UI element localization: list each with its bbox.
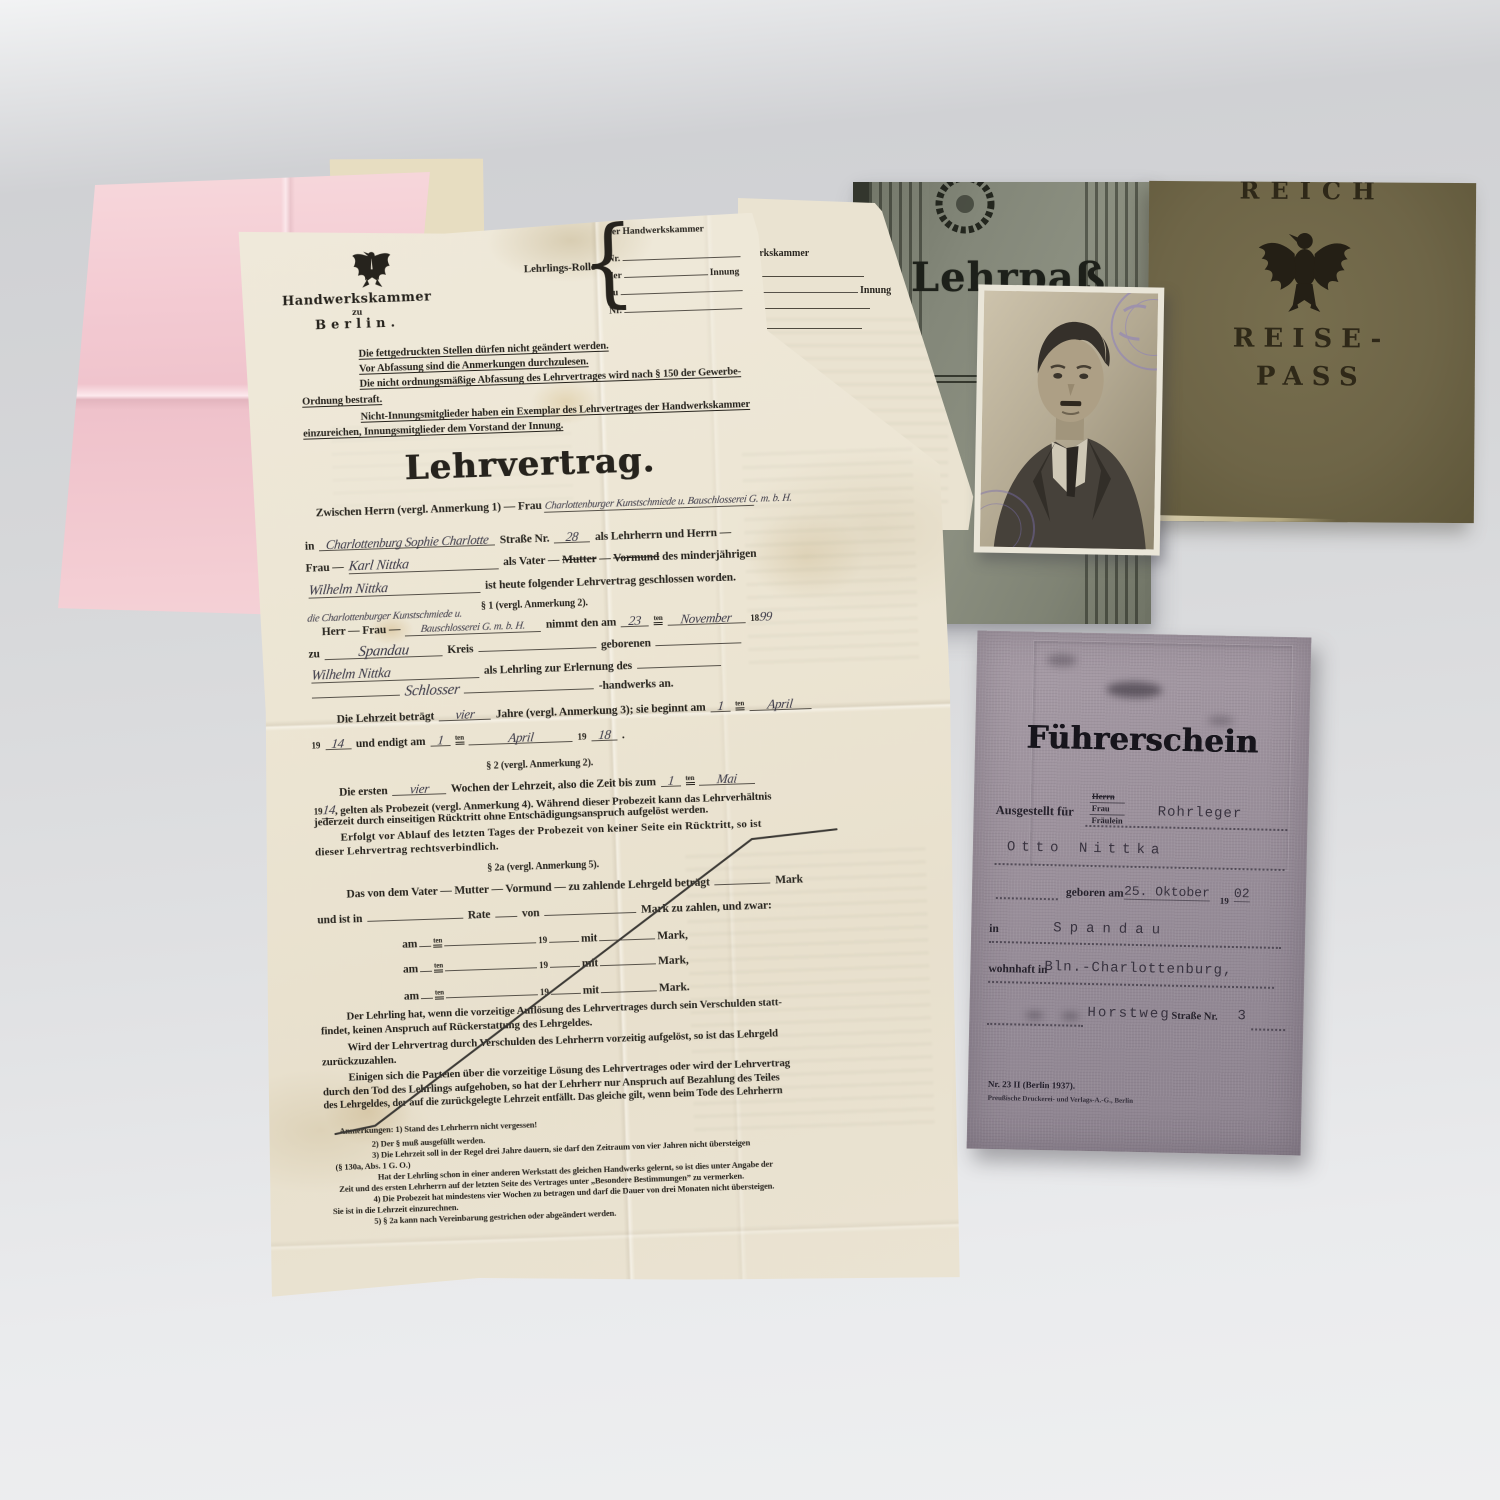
imperial-eagle-icon [351, 247, 393, 295]
portrait-photo-image [980, 291, 1158, 550]
handwritten-day: 1 [667, 773, 675, 789]
blank-line: November [667, 609, 745, 626]
blank-line: Bauschlosserei G. m. b. H. [405, 619, 541, 637]
street-label: Straße Nr. [1171, 1011, 1218, 1023]
blank-line: April [469, 728, 573, 745]
handwritten-day: 1 [716, 698, 724, 714]
blank-line [624, 298, 742, 313]
year-prefix: 19 [1220, 896, 1229, 906]
typed-birthplace: Spandau [1053, 920, 1168, 938]
fuehrerschein-title: Führerschein [975, 719, 1310, 762]
struck-word: Mutter [562, 553, 597, 566]
blank-line [622, 246, 740, 261]
blank-line [620, 280, 742, 295]
blank-line [367, 908, 463, 922]
handwritten-year: 18 [597, 727, 611, 743]
dotted-line [988, 981, 1274, 989]
contract-line: und ist in Rate von Mark zu zahlen, und … [317, 897, 772, 926]
form-number: Nr. 23 II (Berlin 1937). [988, 1079, 1075, 1091]
reich-eagle-icon [1254, 212, 1355, 326]
born-label: geboren am [1066, 886, 1124, 899]
reisepass-page-edges [1147, 511, 1337, 522]
typed-street-no: 3 [1237, 1008, 1246, 1024]
printer-imprint: Preußische Druckerei- und Verlags-A.-G.,… [988, 1094, 1134, 1105]
installment-row: amten19mitMark, [403, 952, 689, 975]
typed-street: Horstweg [1087, 1005, 1171, 1023]
reisepass-title-line1: REISE- [1148, 323, 1475, 355]
notice: Ordnung bestraft. [302, 394, 382, 408]
handwritten-firm2: Bauschlosserei G. m. b. H. [420, 620, 526, 635]
blank-line: 23 [621, 612, 649, 627]
handwritten-street-no: 28 [565, 529, 579, 545]
blank-line [464, 678, 594, 693]
form-fragment: Innung [742, 282, 891, 296]
handwritten-month: November [680, 610, 733, 628]
salutation-frau: Frau [1090, 803, 1125, 816]
wreath-emblem [927, 182, 1003, 247]
contract-paragraph: zurückzuzahlen. [322, 1054, 397, 1068]
struck-word: Vormund [613, 551, 660, 565]
installment-row: amten19mitMark, [402, 927, 688, 950]
contract-line: 19 14 und endigt am 1 ten April 19 18 . [311, 726, 625, 751]
blank-line: Wilhelm Nittka [311, 663, 479, 684]
blank-line [637, 655, 721, 669]
fold-crease [268, 1218, 968, 1251]
ink-smudge [1047, 654, 1077, 667]
blank-line [544, 902, 636, 916]
fuehrerschein-booklet: Führerschein Ausgestellt für Herrn Frau … [967, 631, 1312, 1156]
handwritten-month: Mai [716, 770, 738, 787]
rolle-box-row: Nr. [607, 246, 742, 264]
in-label: in [989, 923, 999, 935]
blank-line [551, 983, 581, 995]
issuer-block: Handwerkskammer zu Berlin. [277, 289, 438, 334]
handwritten-month: April [766, 696, 793, 713]
blank-line: 1 [660, 772, 680, 787]
blank-line [444, 932, 536, 946]
reisepass-booklet: REICH REISE- PASS [1147, 181, 1476, 523]
handwritten-birthplace: Spandau [357, 642, 409, 661]
ink-smudge [1025, 1012, 1043, 1019]
blank-line [714, 872, 770, 885]
blank-line: 1 [710, 698, 730, 713]
blank-line: Charlottenburg Sophie Charlotte [319, 531, 495, 551]
dotted-line [996, 897, 1058, 900]
handwritten-trade: Schlosser [404, 682, 461, 701]
blank-line: Spandau [324, 641, 442, 660]
notice: einzureichen, Innungsmitglieder dem Vors… [303, 420, 563, 440]
blank-line [655, 632, 741, 646]
issued-for-label: Ausgestellt für [996, 803, 1074, 820]
bleedthrough-texture [742, 448, 919, 674]
blank-line: vier [392, 780, 446, 796]
handwritten-firm: Charlottenburger Kunstschmiede u. Bausch… [544, 494, 755, 513]
typed-residence: Bln.-Charlottenburg, [1044, 959, 1232, 979]
handwritten-year: 14 [331, 736, 345, 752]
ordinal-suffix: ten [455, 734, 464, 745]
blank-line [549, 931, 579, 943]
blank-line [446, 984, 538, 998]
blank-line: Karl Nittka [348, 554, 498, 574]
handwritten-place: Charlottenburg Sophie Charlotte [325, 532, 489, 553]
ordinal-suffix: ten [434, 961, 443, 972]
dotted-line [989, 941, 1281, 949]
blank-line: Wilhelm Nittka [308, 578, 480, 599]
installment-row: amten19mitMark. [404, 979, 690, 1002]
blank-line [421, 988, 433, 999]
rolle-box-header: der Handwerkskammer [606, 224, 703, 237]
blank-line: 1 [430, 732, 450, 747]
blank-line: 18 [591, 726, 617, 741]
dotted-line [987, 1023, 1083, 1027]
typed-occupation: Rohrleger [1158, 804, 1243, 822]
handwritten-duration: vier [455, 706, 476, 723]
typed-birthdate: 25. Oktober [1124, 884, 1210, 902]
ordinal-suffix: ten [653, 614, 662, 625]
blank-line [419, 936, 431, 947]
ink-smudge [1061, 1012, 1079, 1019]
stain [744, 509, 867, 603]
handwritten-apprentice2: Wilhelm Nittka [310, 666, 391, 685]
blank-line: Mai [699, 770, 755, 786]
blank-line [599, 928, 655, 941]
dotted-line [1251, 1028, 1285, 1031]
blank-line [495, 906, 517, 918]
handwritten-apprentice: Wilhelm Nittka [308, 581, 389, 600]
reisepass-reich-label: REICH [1149, 181, 1476, 206]
handwritten-father: Karl Nittka [348, 557, 410, 575]
blank-line [550, 956, 580, 968]
blank-line [601, 980, 657, 993]
blank-line [312, 685, 400, 699]
footnote: Anmerkungen: 1) Stand des Lehrherrn nich… [339, 1119, 537, 1136]
blank-line: 28 [554, 528, 590, 543]
typed-name: Otto Nittka [1007, 839, 1166, 858]
salutation-stack: Herrn Frau Fräulein [1089, 791, 1125, 827]
ordinal-suffix: ten [433, 936, 442, 947]
blank-line [445, 957, 537, 971]
ordinal-suffix: ten [435, 988, 444, 999]
reisepass-title-line2: PASS [1148, 361, 1475, 393]
rolle-box-row: derInnung [608, 263, 740, 281]
residence-label: wohnhaft in [988, 963, 1047, 976]
contract-line: Zwischen Herrn (vergl. Anmerkung 1) — Fr… [316, 493, 755, 521]
notice: Nicht-Innungsmitglieder haben ein Exempl… [360, 399, 750, 423]
document-title: Lehrvertrag. [302, 437, 758, 492]
blank-line: April [749, 695, 811, 711]
salutation-herrn: Herrn [1090, 791, 1125, 804]
ordinal-suffix: ten [735, 699, 744, 710]
blank-line [478, 637, 596, 652]
scene: Lehrpaß REICH REISE- PASS dwerkskammer I… [0, 0, 1500, 1500]
handwritten-day: 23 [628, 613, 642, 629]
handwritten-day: 1 [436, 732, 444, 748]
typed-birthyear: 02 [1234, 886, 1250, 902]
blank-line [420, 961, 432, 972]
stain [530, 378, 601, 426]
ordinal-suffix: ten [685, 774, 694, 785]
blank-line [624, 264, 708, 278]
blank-line: vier [439, 706, 491, 722]
handwritten-weeks: vier [409, 781, 430, 798]
handwritten-year: 99 [758, 608, 772, 624]
handwritten-month: April [507, 729, 534, 746]
portrait-photo [974, 284, 1165, 555]
blank-line [600, 953, 656, 966]
blank-line: 14 [325, 735, 351, 750]
